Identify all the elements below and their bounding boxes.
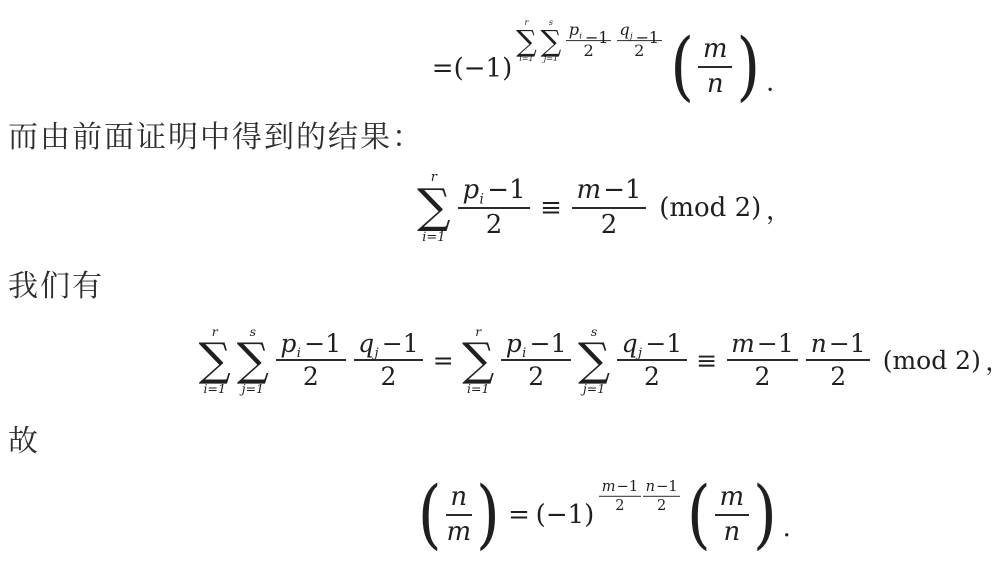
var-m: m — [731, 330, 755, 358]
subscript-i: i — [579, 32, 582, 41]
numerator: n — [446, 483, 472, 515]
sum-operator-j: s ∑ j=1 — [541, 18, 562, 65]
equation-4: ( n m ) = (−1) m −1 2 n −1 2 — [103, 466, 1000, 564]
var-p: p — [506, 330, 522, 358]
sum-lower-limit: j=1 — [583, 381, 605, 397]
sum-lower-limit: i=1 — [467, 381, 489, 397]
numerator: p i −1 — [566, 22, 612, 42]
denominator: 2 — [601, 209, 618, 240]
numerator: q j −1 — [354, 330, 424, 361]
denominator: m — [446, 516, 471, 547]
mod-2-label: (mod 2) — [883, 346, 981, 375]
denominator: 2 — [657, 497, 666, 514]
sigma-icon: ∑ — [199, 339, 231, 380]
var-q: q — [619, 22, 629, 40]
var-p: p — [463, 176, 480, 205]
neg-one-base: (−1) — [454, 53, 513, 83]
var-m: m — [602, 479, 616, 495]
sum-operator-i: r ∑ i=1 — [417, 170, 450, 246]
comma: ， — [766, 190, 792, 227]
subscript-i: i — [522, 347, 526, 362]
denominator: 2 — [303, 361, 319, 391]
equation-1-tail: ( m n ) . — [668, 35, 775, 98]
numerator: n −1 — [806, 330, 870, 361]
subscript-j: j — [638, 347, 642, 362]
denominator: 2 — [486, 209, 503, 240]
equation-4-exponent: m −1 2 n −1 2 — [598, 479, 681, 514]
sum-operator-j: s ∑ j=1 — [578, 324, 610, 397]
paragraph-2: 我们有 — [0, 256, 1000, 310]
numerator: m −1 — [572, 176, 646, 208]
comma: ， — [985, 342, 1000, 378]
sum-operator-i: r ∑ i=1 — [199, 324, 231, 397]
minus-one: −1 — [585, 30, 609, 48]
sum-lower-limit: i=1 — [422, 230, 445, 246]
sigma-icon: ∑ — [417, 186, 450, 229]
equals-sign: = — [508, 500, 530, 530]
fraction-p: p i −1 2 — [501, 330, 571, 391]
sum-lower-limit: i=1 — [519, 54, 533, 64]
period: . — [766, 68, 774, 98]
minus-one: −1 — [617, 479, 638, 495]
equation-2: r ∑ i=1 p i −1 2 ≡ m −1 2 (mod 2) ， — [103, 160, 1000, 256]
jacobi-symbol-m-over-n: ( m n ) — [687, 483, 777, 546]
fraction-p: p i −1 2 — [566, 22, 612, 61]
numerator: q j −1 — [617, 22, 662, 42]
var-n: n — [646, 479, 655, 495]
right-paren: ) — [736, 30, 760, 105]
equals-sign: = — [432, 53, 454, 83]
period: . — [783, 513, 791, 543]
minus-one: −1 — [304, 330, 341, 358]
sum-lower-limit: j=1 — [544, 54, 558, 64]
numerator: m −1 — [727, 330, 799, 361]
minus-one: −1 — [487, 176, 525, 205]
sum-lower-limit: j=1 — [242, 381, 264, 397]
sigma-icon: ∑ — [541, 28, 562, 55]
fraction-q: q j −1 2 — [617, 330, 687, 391]
fraction-m-over-n: m n — [698, 35, 732, 98]
fraction-m-minus-1: m −1 2 — [727, 330, 799, 391]
fraction-p: p i −1 2 — [458, 176, 530, 239]
fraction-m-minus-1: m −1 2 — [572, 176, 646, 239]
equation-3: r ∑ i=1 s ∑ j=1 p i −1 2 q j −1 2 = — [103, 310, 1000, 410]
sigma-icon: ∑ — [462, 339, 494, 380]
var-p: p — [280, 330, 296, 358]
paragraph-1: 而由前面证明中得到的结果： — [0, 108, 1000, 160]
equation-1: = (−1) r ∑ i=1 s ∑ j=1 p i −1 2 — [103, 0, 1000, 108]
subscript-i: i — [480, 193, 484, 208]
sigma-icon: ∑ — [516, 28, 537, 55]
sum-lower-limit: i=1 — [204, 381, 226, 397]
fraction-n-minus-1: n −1 2 — [643, 479, 680, 514]
denominator: n — [707, 68, 724, 99]
fraction-m-over-n: m n — [715, 483, 749, 546]
numerator: p i −1 — [501, 330, 571, 361]
denominator: 2 — [830, 361, 846, 391]
document-page: = (−1) r ∑ i=1 s ∑ j=1 p i −1 2 — [0, 0, 1000, 564]
neg-one-base: (−1) — [536, 500, 595, 530]
numerator: p i −1 — [458, 176, 530, 208]
sum-operator-i: r ∑ i=1 — [516, 18, 537, 65]
sum-operator-i: r ∑ i=1 — [462, 324, 494, 397]
subscript-j: j — [375, 347, 379, 362]
sum-operator-j: s ∑ j=1 — [237, 324, 269, 397]
numerator: n −1 — [643, 479, 680, 497]
minus-one: −1 — [645, 330, 682, 358]
minus-one: −1 — [382, 330, 419, 358]
minus-one: −1 — [829, 330, 866, 358]
denominator: 2 — [754, 361, 770, 391]
jacobi-symbol-m-over-n: ( m n ) — [670, 35, 760, 98]
denominator: 2 — [528, 361, 544, 391]
denominator: n — [724, 516, 741, 547]
fraction-p: p i −1 2 — [276, 330, 346, 391]
denominator: 2 — [615, 497, 624, 514]
numerator: m — [698, 35, 732, 67]
minus-one: −1 — [757, 330, 794, 358]
minus-one: −1 — [656, 479, 677, 495]
var-m: m — [577, 176, 602, 205]
fraction-q: q j −1 2 — [354, 330, 424, 391]
right-paren: ) — [476, 478, 500, 553]
denominator: 2 — [380, 361, 396, 391]
left-paren: ( — [670, 30, 694, 105]
numerator: q j −1 — [617, 330, 687, 361]
var-q: q — [358, 330, 374, 358]
equiv-sign: ≡ — [696, 346, 717, 375]
fraction-n-over-m: n m — [446, 483, 472, 546]
numerator: p i −1 — [276, 330, 346, 361]
left-paren: ( — [418, 478, 442, 553]
equals-sign: = — [433, 346, 454, 375]
minus-one: −1 — [603, 176, 641, 205]
numerator: m — [715, 483, 749, 515]
equation-1-base: = (−1) — [432, 53, 512, 83]
minus-one: −1 — [530, 330, 567, 358]
denominator: 2 — [644, 361, 660, 391]
fraction-m-minus-1: m −1 2 — [599, 479, 641, 514]
numerator: m −1 — [599, 479, 641, 497]
jacobi-symbol-n-over-m: ( n m ) — [418, 483, 500, 546]
minus-one: −1 — [635, 30, 659, 48]
fraction-n-minus-1: n −1 2 — [806, 330, 870, 391]
subscript-i: i — [297, 347, 301, 362]
subscript-j: j — [630, 32, 633, 41]
var-p: p — [569, 22, 579, 40]
sigma-icon: ∑ — [237, 339, 269, 380]
equation-1-exponent: r ∑ i=1 s ∑ j=1 p i −1 2 q j — [514, 18, 664, 65]
var-n: n — [811, 330, 827, 358]
left-paren: ( — [687, 478, 711, 553]
equiv-sign: ≡ — [540, 193, 562, 223]
fraction-q: q j −1 2 — [617, 22, 662, 61]
paragraph-3: 故 — [0, 410, 1000, 466]
right-paren: ) — [753, 478, 777, 553]
var-q: q — [622, 330, 638, 358]
sigma-icon: ∑ — [578, 339, 610, 380]
mod-2-label: (mod 2) — [659, 193, 761, 223]
